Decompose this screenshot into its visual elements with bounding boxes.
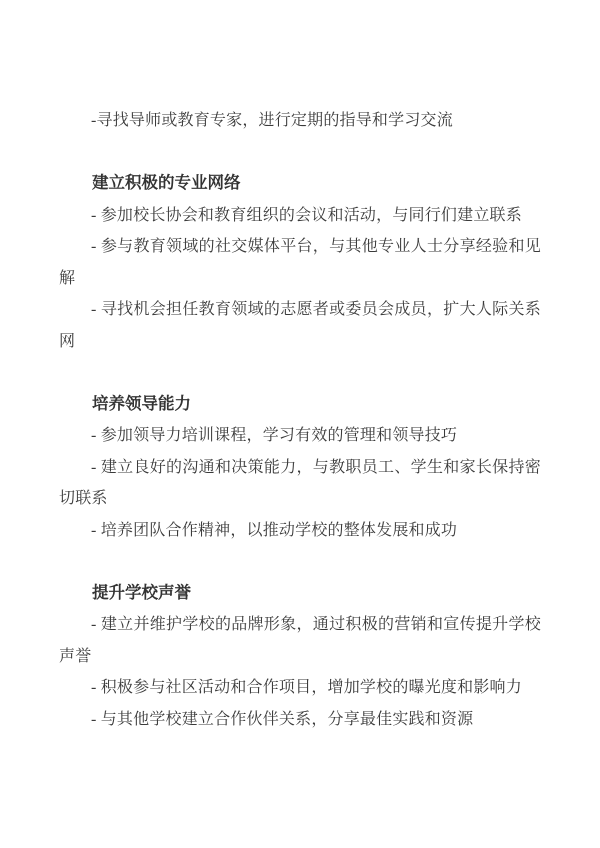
section-heading-professional-network: 建立积极的专业网络 (59, 168, 541, 200)
bullet-item: - 建立良好的沟通和决策能力，与教职员工、学生和家长保持密切联系 (59, 452, 541, 515)
bullet-item: - 参加校长协会和教育组织的会议和活动，与同行们建立联系 (59, 200, 541, 232)
bullet-item: - 与其他学校建立合作伙伴关系，分享最佳实践和资源 (59, 704, 541, 736)
document-page: -寻找导师或教育专家，进行定期的指导和学习交流 建立积极的专业网络 - 参加校长… (0, 0, 600, 848)
section-heading-school-reputation: 提升学校声誉 (59, 578, 541, 610)
bullet-item: - 积极参与社区活动和合作项目，增加学校的曝光度和影响力 (59, 672, 541, 704)
bullet-item: - 参加领导力培训课程，学习有效的管理和领导技巧 (59, 420, 541, 452)
bullet-item: - 寻找机会担任教育领域的志愿者或委员会成员，扩大人际关系网 (59, 294, 541, 357)
bullet-item: - 培养团队合作精神，以推动学校的整体发展和成功 (59, 515, 541, 547)
section-heading-leadership: 培养领导能力 (59, 389, 541, 421)
bullet-item: - 参与教育领域的社交媒体平台，与其他专业人士分享经验和见解 (59, 231, 541, 294)
bullet-item: -寻找导师或教育专家，进行定期的指导和学习交流 (59, 105, 541, 137)
bullet-item: - 建立并维护学校的品牌形象，通过积极的营销和宣传提升学校声誉 (59, 609, 541, 672)
